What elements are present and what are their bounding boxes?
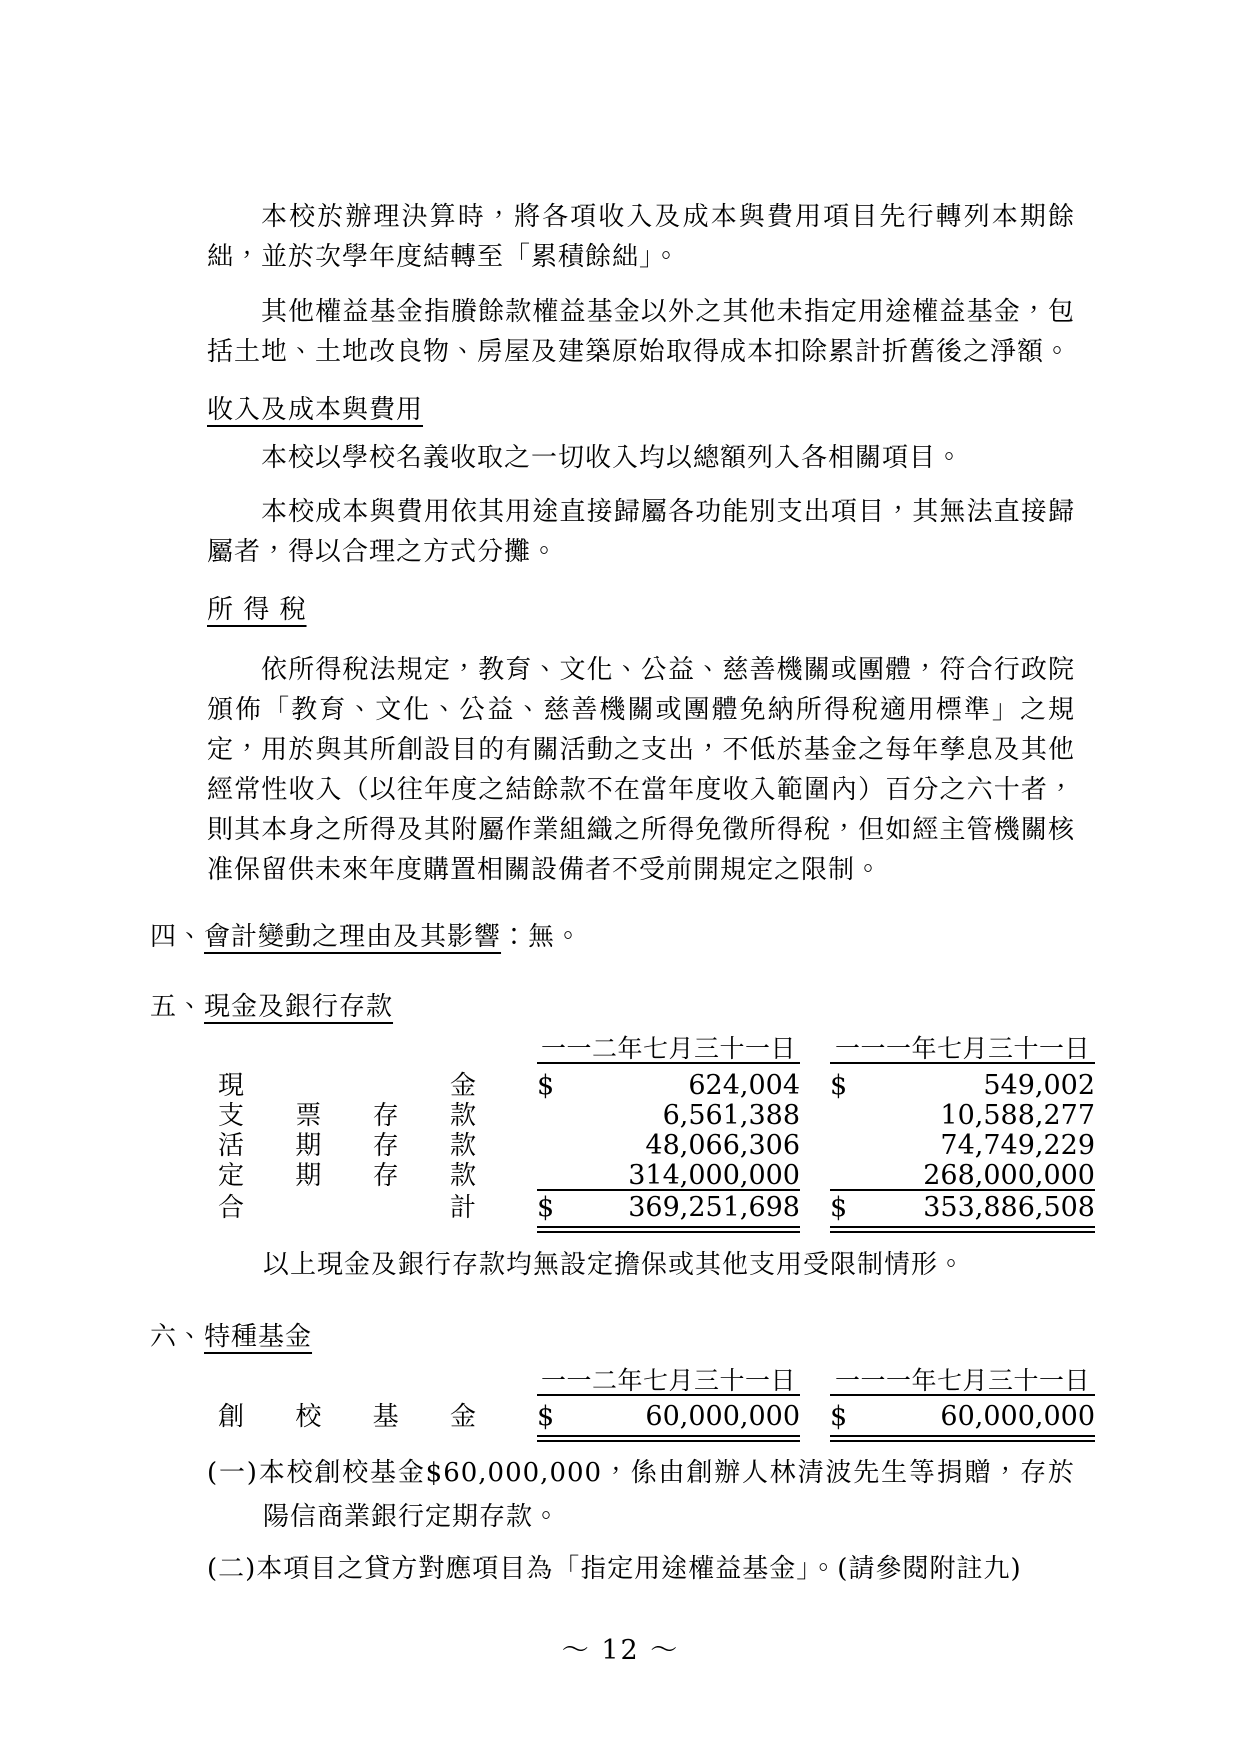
- amount-value: 268,000,000: [923, 1161, 1095, 1189]
- heading-income-tax: 所 得 稅: [207, 590, 307, 630]
- amount-value: 10,588,277: [940, 1101, 1095, 1131]
- footnote-2: (二)本項目之貸方對應項目為「指定用途權益基金」。(請參閱附註九): [207, 1547, 1075, 1591]
- amount-cell: $60,000,000: [537, 1402, 800, 1432]
- item-4-title: 會計變動之理由及其影響: [204, 922, 501, 952]
- item-6-number: 六、: [150, 1322, 204, 1352]
- amount-cell: $624,004: [537, 1071, 800, 1101]
- amount-value: 314,000,000: [628, 1161, 800, 1189]
- row-label: 現金: [218, 1071, 476, 1101]
- cash-table-col1-header: 一一二年七月三十一日: [537, 1036, 800, 1064]
- paragraph-income-tax: 依所得稅法規定，教育、文化、公益、慈善機關或團體，符合行政院頒佈「教育、文化、公…: [207, 650, 1075, 890]
- heading-revenue-costs-text: 收入及成本與費用: [207, 395, 423, 425]
- fund-table-header-row: 一一二年七月三十一日 一一一年七月三十一日: [0, 1368, 1241, 1396]
- amount-value: 549,002: [983, 1071, 1095, 1101]
- item-4-number: 四、: [150, 922, 204, 952]
- double-rule: [537, 1226, 800, 1233]
- item-5-cash-and-deposits: 五、現金及銀行存款: [150, 987, 393, 1027]
- item-6-special-funds: 六、特種基金: [150, 1317, 312, 1357]
- amount-cell: 6,561,388: [537, 1101, 800, 1131]
- item-5-title: 現金及銀行存款: [204, 992, 393, 1022]
- currency-symbol: $: [830, 1071, 847, 1101]
- cash-table-header-row: 一一二年七月三十一日 一一一年七月三十一日: [0, 1036, 1241, 1064]
- table-row-cash: 現金 $624,004 $549,002: [0, 1071, 1241, 1101]
- amount-value: 48,066,306: [645, 1131, 800, 1161]
- amount-cell: 268,000,000: [830, 1161, 1095, 1191]
- item-4-answer: ：無。: [501, 922, 582, 952]
- row-label: 創校基金: [218, 1402, 476, 1432]
- amount-value: 6,561,388: [663, 1101, 800, 1131]
- amount-value: 74,749,229: [940, 1131, 1095, 1161]
- paragraph-revenue-recognition: 本校以學校名義收取之一切收入均以總額列入各相關項目。: [207, 438, 1075, 478]
- item-4-accounting-changes: 四、會計變動之理由及其影響：無。: [150, 917, 582, 957]
- row-label: 支票存款: [218, 1101, 476, 1131]
- amount-cell: 48,066,306: [537, 1131, 800, 1161]
- footnote-1-text: 本校創校基金$60,000,000，係由創辦人林清波先生等捐贈，存於陽信商業銀行…: [258, 1458, 1075, 1532]
- row-label: 活期存款: [218, 1131, 476, 1161]
- fund-table-col1-header: 一一二年七月三十一日: [537, 1368, 800, 1396]
- heading-income-tax-text: 所 得 稅: [207, 595, 307, 625]
- document-page: 本校於辦理決算時，將各項收入及成本與費用項目先行轉列本期餘絀，並於次學年度結轉至…: [0, 0, 1241, 1755]
- table-row-time-deposits: 定期存款 314,000,000 268,000,000: [0, 1161, 1241, 1191]
- row-label: 合計: [218, 1193, 476, 1223]
- amount-value: 60,000,000: [645, 1402, 800, 1432]
- item-6-title: 特種基金: [204, 1322, 312, 1352]
- amount-value: 353,886,508: [923, 1193, 1095, 1223]
- heading-revenue-costs: 收入及成本與費用: [207, 390, 423, 430]
- table-row-founding-fund: 創校基金 $60,000,000 $60,000,000: [0, 1402, 1241, 1432]
- double-rule: [537, 1435, 800, 1442]
- table-row-demand-deposits: 活期存款 48,066,306 74,749,229: [0, 1131, 1241, 1161]
- footnote-2-text: 本項目之貸方對應項目為「指定用途權益基金」。(請參閱附註九): [256, 1554, 1021, 1584]
- footnote-2-label: (二): [207, 1554, 256, 1584]
- table-row-total: 合計 $369,251,698 $353,886,508: [0, 1193, 1241, 1223]
- amount-cell: $549,002: [830, 1071, 1095, 1101]
- amount-value: 60,000,000: [940, 1402, 1095, 1432]
- paragraph-other-equity-funds: 其他權益基金指賸餘款權益基金以外之其他未指定用途權益基金，包括土地、土地改良物、…: [207, 292, 1075, 372]
- row-label: 定期存款: [218, 1161, 476, 1191]
- currency-symbol: $: [537, 1193, 554, 1223]
- amount-value: 624,004: [688, 1071, 800, 1101]
- currency-symbol: $: [537, 1402, 554, 1432]
- amount-value: 369,251,698: [628, 1193, 800, 1223]
- amount-cell: $60,000,000: [830, 1402, 1095, 1432]
- total-amount-cell: $369,251,698: [537, 1193, 800, 1223]
- double-rule: [830, 1226, 1095, 1233]
- footnote-1: (一)本校創校基金$60,000,000，係由創辦人林清波先生等捐贈，存於陽信商…: [207, 1451, 1075, 1539]
- total-amount-cell: $353,886,508: [830, 1193, 1095, 1223]
- currency-symbol: $: [830, 1193, 847, 1223]
- currency-symbol: $: [830, 1402, 847, 1432]
- page-number: ～ 12 ～: [0, 1628, 1241, 1667]
- amount-cell: 10,588,277: [830, 1101, 1095, 1131]
- amount-cell: 74,749,229: [830, 1131, 1095, 1161]
- item-5-number: 五、: [150, 992, 204, 1022]
- cash-table-col2-header: 一一一年七月三十一日: [830, 1036, 1095, 1064]
- footnote-1-label: (一): [207, 1458, 258, 1488]
- fund-table-col2-header: 一一一年七月三十一日: [830, 1368, 1095, 1396]
- double-rule: [830, 1435, 1095, 1442]
- paragraph-closing-transfer: 本校於辦理決算時，將各項收入及成本與費用項目先行轉列本期餘絀，並於次學年度結轉至…: [207, 197, 1075, 277]
- currency-symbol: $: [537, 1071, 554, 1101]
- amount-cell: 314,000,000: [537, 1161, 800, 1191]
- table-row-checking-deposits: 支票存款 6,561,388 10,588,277: [0, 1101, 1241, 1131]
- cash-table-note: 以上現金及銀行存款均無設定擔保或其他支用受限制情形。: [263, 1245, 1083, 1285]
- paragraph-cost-allocation: 本校成本與費用依其用途直接歸屬各功能別支出項目，其無法直接歸屬者，得以合理之方式…: [207, 492, 1075, 572]
